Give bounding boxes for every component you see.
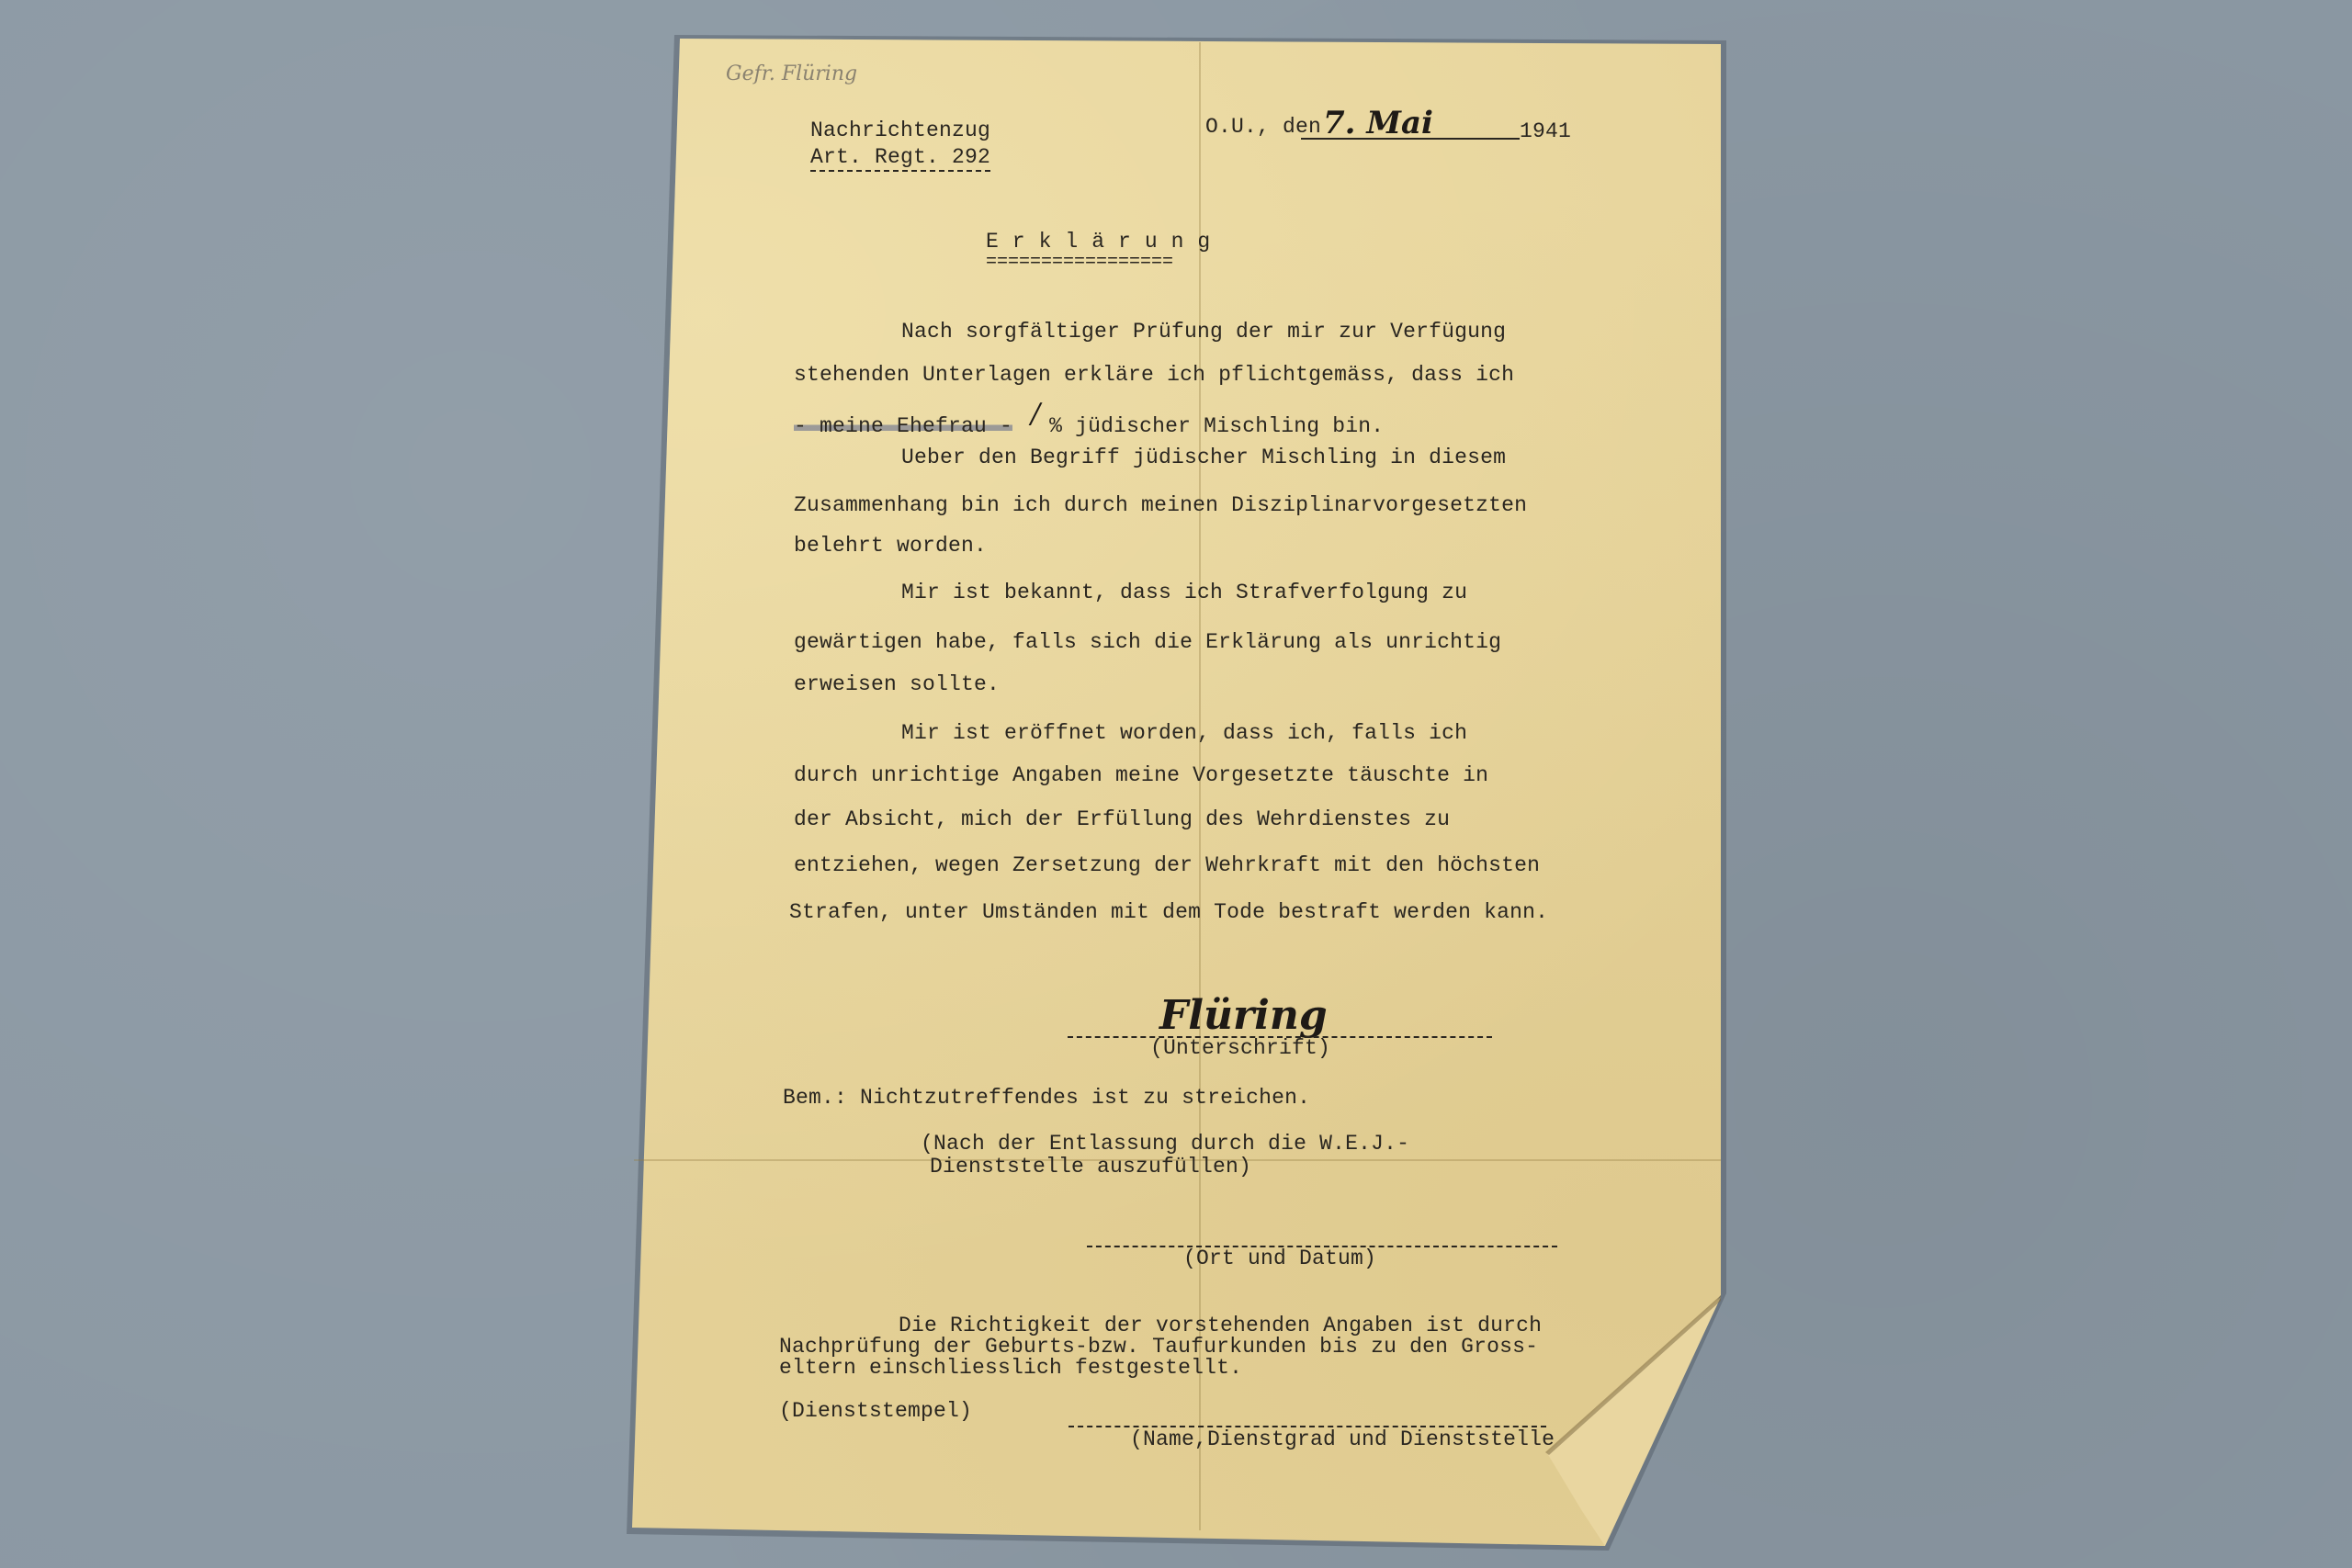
place-date-label: (Ort und Datum): [1183, 1248, 1376, 1269]
verification-line2: Nachprüfung der Geburts-bzw. Taufurkunde…: [779, 1337, 1538, 1358]
pencil-note: Gefr. Flüring: [726, 62, 857, 85]
year: 1941: [1520, 121, 1571, 142]
p1-line3-rest: % jüdischer Mischling bin.: [1049, 414, 1384, 438]
p1-line3: - meine Ehefrau -/% jüdischer Mischling …: [794, 407, 1356, 439]
p3-line2: gewärtigen habe, falls sich die Erklärun…: [794, 632, 1501, 653]
place-prefix: O.U., den: [1205, 117, 1321, 138]
p4-line1: Mir ist eröffnet worden, dass ich, falls…: [901, 723, 1467, 744]
verification-line1: Die Richtigkeit der vorstehenden Angaben…: [899, 1315, 1542, 1337]
title-underline: =================: [986, 254, 1173, 272]
handwritten-percent: /: [1031, 398, 1040, 430]
after-discharge-line2: Dienststelle auszufüllen): [930, 1156, 1251, 1178]
p2-line1: Ueber den Begriff jüdischer Mischling in…: [901, 447, 1506, 468]
after-discharge-line1: (Nach der Entlassung durch die W.E.J.-: [921, 1134, 1409, 1155]
p1-line2: stehenden Unterlagen erkläre ich pflicht…: [794, 365, 1514, 386]
handwritten-date: 7. Mai: [1323, 105, 1433, 141]
handwritten-signature: Flüring: [1159, 992, 1328, 1039]
verification-line3: eltern einschliesslich festgestellt.: [779, 1358, 1242, 1379]
remark: Bem.: Nichtzutreffendes ist zu streichen…: [783, 1088, 1310, 1109]
p2-line3: belehrt worden.: [794, 536, 987, 557]
struck-text: - meine Ehefrau -: [794, 414, 1012, 438]
p3-line3: erweisen sollte.: [794, 674, 1000, 695]
official-label: (Name,Dienstgrad und Dienststelle: [1130, 1429, 1555, 1450]
p1-line1: Nach sorgfältiger Prüfung der mir zur Ve…: [901, 321, 1506, 343]
p4-line4: entziehen, wegen Zersetzung der Wehrkraf…: [794, 855, 1540, 876]
signature-label: (Unterschrift): [1150, 1038, 1330, 1059]
document-title: Erklärung: [986, 231, 1224, 253]
p4-line5: Strafen, unter Umständen mit dem Tode be…: [789, 902, 1548, 923]
p2-line2: Zusammenhang bin ich durch meinen Diszip…: [794, 495, 1527, 516]
p4-line2: durch unrichtige Angaben meine Vorgesetz…: [794, 765, 1488, 786]
unit-regiment: Art. Regt. 292: [810, 147, 990, 172]
p3-line1: Mir ist bekannt, dass ich Strafverfolgun…: [901, 582, 1467, 604]
stamp-label: (Dienststempel): [779, 1401, 972, 1422]
date-underline: [1301, 138, 1520, 140]
unit-name: Nachrichtenzug: [810, 120, 990, 141]
p4-line3: der Absicht, mich der Erfüllung des Wehr…: [794, 809, 1450, 830]
